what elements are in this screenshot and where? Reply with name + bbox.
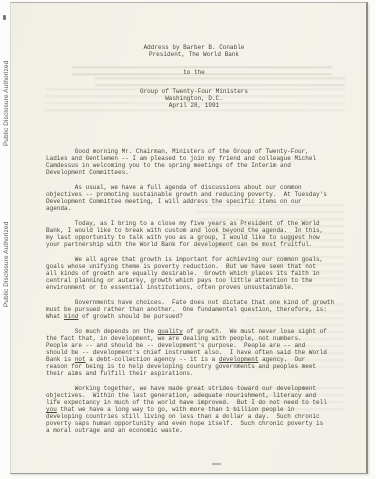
paragraph: So much depends on the quality of growth…	[46, 328, 342, 377]
doc-subtitle: President, The World Bank	[46, 51, 342, 58]
document-content: Address by Barber B. Conable President, …	[46, 44, 342, 442]
paragraph: Working together, we have made great str…	[46, 385, 342, 434]
document-venue-block: Group of Twenty-Four Ministers Washingto…	[46, 88, 342, 109]
document-page: Address by Barber B. Conable President, …	[10, 2, 368, 474]
paragraph: Governments have choices. Fate does not …	[46, 299, 342, 320]
scan-artifact-smudge	[212, 463, 221, 465]
document-body: Good morning Mr. Chairman, Ministers of …	[46, 148, 342, 434]
doc-title: Address by Barber B. Conable	[46, 44, 342, 51]
paragraph: We all agree that growth is important fo…	[46, 256, 342, 291]
scanned-document: Public Disclosure Authorized Public Disc…	[0, 0, 376, 479]
paragraph: Today, as I bring to a close my five yea…	[46, 220, 342, 248]
scan-left-margin: Public Disclosure Authorized Public Disc…	[0, 0, 10, 479]
public-disclosure-stamp-middle: Public Disclosure Authorized	[3, 205, 10, 307]
doc-location: Washington, D.C.	[46, 95, 342, 102]
public-disclosure-stamp-top: Public Disclosure Authorized	[3, 44, 10, 146]
scan-artifact-speck	[3, 15, 6, 20]
paragraph: Good morning Mr. Chairman, Ministers of …	[46, 148, 342, 176]
doc-audience: Group of Twenty-Four Ministers	[46, 88, 342, 95]
document-title-block: Address by Barber B. Conable President, …	[46, 44, 342, 58]
doc-to-the: to the	[46, 69, 342, 76]
paragraph: As usual, we have a full agenda of discu…	[46, 184, 342, 212]
doc-date: April 28, 1991	[46, 102, 342, 109]
